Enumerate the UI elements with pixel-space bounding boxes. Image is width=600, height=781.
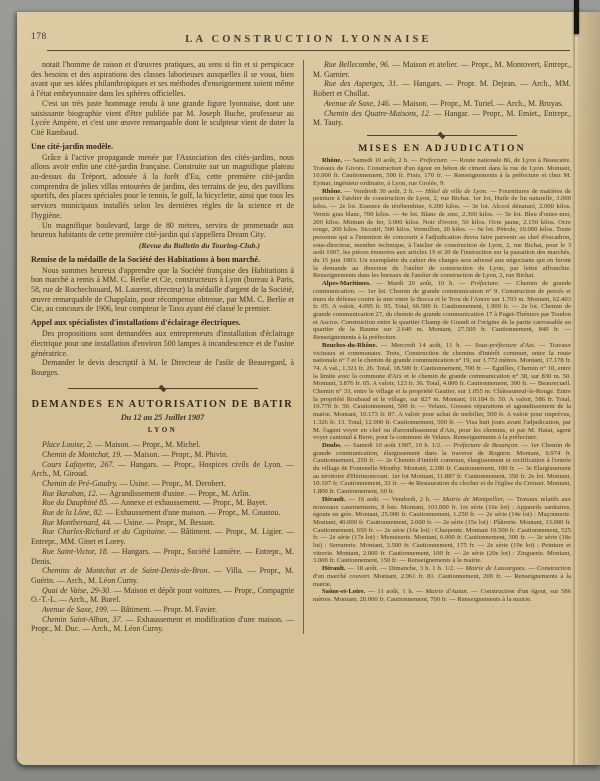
journal-page: 178 LA CONSTRUCTION LYONNAISE notait l'h…	[17, 12, 600, 765]
adjudication-notice: Saône-et-Loire. — 11 août, 1 h. — Mairie…	[313, 588, 571, 603]
permit-entry: Chemin Saint-Alban, 37. — Exhaussement e…	[31, 615, 294, 634]
section-paragraph: Des propositions sont demandées aux entr…	[31, 329, 294, 358]
section-paragraph: Nous sommes heureux d'apprendre que la S…	[31, 266, 294, 315]
notice-department: Rhône.	[322, 188, 342, 195]
permit-details: — Maison. — Propr., M. Turiel. — Arch., …	[391, 99, 564, 108]
permit-details: — Agrandissement d'usine. — Propr., M. A…	[98, 489, 251, 498]
journal-title: LA CONSTRUCTION LYONNAISE	[17, 34, 600, 45]
notice-date-time: — 18 août. — Dimanche, 3 h. 1 h. 1/2. —	[346, 565, 466, 572]
permit-entry-list: Place Louise, 2. — Maison. — Propr., M. …	[31, 440, 294, 634]
notice-details: — Travaux relatifs aux nouveaux casernem…	[313, 496, 571, 565]
adjudication-notice: Alpes-Maritimes. — Mardi 20 août, 10 h. …	[313, 280, 571, 342]
notice-details: — Travaux vicinaux et communaux. Trets, …	[313, 342, 571, 441]
permit-address: Avenue de Saxe, 199.	[42, 605, 109, 614]
adjudication-notice: Rhône. — Vendredi 30 août, 2 h. — Hôtel …	[313, 188, 571, 280]
notice-venue: Préfecture de Besançon.	[453, 442, 519, 449]
permit-details: — Exhaussement d'une maison. — Propr., M…	[103, 508, 280, 517]
notice-venue: Hôtel de ville de Lyon.	[425, 188, 487, 195]
permit-entry: Rue de la Lône, 82. — Exhaussement d'une…	[31, 508, 294, 518]
permit-entry: Rue Baraban, 12. — Agrandissement d'usin…	[31, 489, 294, 499]
adjudication-notice: Doubs. — Samedi 10 août 1907, 10 h. 1/2.…	[313, 442, 571, 496]
adjudication-notice: Hérault. — 18 août. — Dimanche, 3 h. 1 h…	[313, 565, 571, 588]
notice-venue: Sous-préfecture d'Aix.	[475, 342, 535, 349]
permit-entry: Rue Bellecombe, 96. — Maison et atelier.…	[313, 60, 571, 79]
permit-entry: Chemin de Pré-Gaudry. — Usine. — Propr.,…	[31, 479, 294, 489]
notice-department: Alpes-Maritimes.	[322, 280, 371, 287]
permit-address: Chemin des Quatre-Maisons, 12.	[324, 109, 431, 118]
notice-venue: Préfecture.	[471, 280, 500, 287]
permits-date-range: Du 12 au 25 Juillet 1907	[31, 413, 294, 423]
section-title-appel: Appel aux spécialistes d'installations d…	[31, 318, 294, 328]
intro-paragraph: notait l'homme de raison et d'œuvres pra…	[31, 60, 294, 99]
permit-entry: Chemin des Quatre-Maisons, 12. — Hangar.…	[313, 109, 571, 128]
adjudication-notice: Bouches-du-Rhône. — Mercredi 14 août, 11…	[313, 342, 571, 442]
intro-paragraph: C'est un très juste hommage rendu à une …	[31, 99, 294, 138]
permit-entry: Rue Saint-Victor, 18. — Hangars. — Propr…	[31, 547, 294, 566]
permit-entry: Chemins de Montchat et de Saint-Denis-de…	[31, 566, 294, 585]
attribution-line: (Revue du Bulletin du Touring-Club.)	[31, 241, 294, 251]
permit-address: Chemin Saint-Alban, 37.	[42, 615, 123, 624]
permit-details: — Usine. — Propr., M. Derobert.	[118, 479, 226, 488]
permit-details: — Maison. — Propr., M. Michel.	[93, 440, 201, 449]
notice-date-time: — Samedi 10 août 1907, 10 h. 1/2. —	[342, 442, 454, 449]
permits-section-title: DEMANDES EN AUTORISATION DE BATIR	[31, 399, 294, 411]
permit-entry: Avenue de Saxe, 146. — Maison. — Propr.,…	[313, 99, 571, 109]
permit-address: Rue Saint-Victor, 18.	[42, 547, 109, 556]
permit-details: — Annexe et exhaussement. — Propr., M. B…	[109, 498, 267, 507]
notice-department: Saône-et-Loire.	[322, 588, 365, 595]
notice-department: Hérault.	[322, 565, 346, 572]
notice-date-time: — 16 août. — Vendredi, 2 h. —	[346, 496, 443, 503]
page-header: 178 LA CONSTRUCTION LYONNAISE	[17, 12, 600, 51]
notice-details: — Fournitures de matières de peinture à …	[313, 188, 571, 280]
section-paragraph: Un magnifique boulevard, large de 80 mèt…	[31, 221, 294, 240]
notice-department: Rhône,	[322, 157, 342, 164]
adjudication-notice-list: Rhône, — Samedi 10 août, 2 h. — Préfectu…	[313, 157, 571, 604]
notice-department: Bouches-du-Rhône.	[322, 342, 377, 349]
permit-entry: Rue des Asperges, 31. — Hangars. — Propr…	[313, 79, 571, 98]
section-title-medaille: Remise de la médaille de la Société des …	[31, 255, 294, 265]
notice-date-time: — Vendredi 30 août, 2 h. —	[342, 188, 425, 195]
permit-entry: Rue Montbernard, 44. — Usine. — Propr., …	[31, 518, 294, 528]
permits-city-heading: LYON	[31, 426, 294, 436]
permit-address: Chemins de Montchat et de Saint-Denis-de…	[42, 566, 209, 575]
diamond-ornament-icon	[438, 132, 446, 140]
permit-details: — Bâtiment. — Propr. M. Favier.	[109, 605, 217, 614]
permit-entry-list-continued: Rue Bellecombe, 96. — Maison et atelier.…	[313, 60, 571, 128]
permit-details: — Maison. — Propr., M. Phivin.	[122, 450, 228, 459]
section-title-cite-jardin: Une cité-jardin modèle.	[31, 142, 294, 152]
permit-entry: Quai de Vaise, 29-30. — Maison et dépôt …	[31, 586, 294, 605]
permit-address: Rue Charles-Richard et du Capitaine.	[42, 527, 166, 536]
permit-entry: Rue Charles-Richard et du Capitaine. — B…	[31, 527, 294, 546]
permit-address: Rue Montbernard, 44.	[42, 518, 112, 527]
permit-entry: Avenue de Saxe, 199. — Bâtiment. — Propr…	[31, 605, 294, 615]
diamond-ornament-icon	[158, 384, 166, 392]
permit-address: Rue Bellecombe, 96.	[324, 60, 390, 69]
scan-background: 178 LA CONSTRUCTION LYONNAISE notait l'h…	[0, 0, 600, 781]
permit-address: Chemin de Pré-Gaudry.	[42, 479, 118, 488]
permit-address: Chemin de Montchat, 19.	[42, 450, 122, 459]
notice-details: — Chemin de grande communication. — 1er …	[313, 280, 571, 341]
page-number: 178	[31, 32, 47, 42]
permit-address: Rue du Dauphiné 85.	[42, 498, 109, 507]
notice-details: — 1er Chemin de grande communication, él…	[313, 442, 571, 495]
header-rule	[47, 50, 570, 51]
permit-address: Place Louise, 2.	[42, 440, 93, 449]
notice-department: Doubs.	[322, 442, 342, 449]
adjudication-notice: Hérault. — 16 août. — Vendredi, 2 h. — M…	[313, 496, 571, 565]
notice-venue: Mairie de Lausargues.	[466, 565, 527, 572]
permit-entry: Place Louise, 2. — Maison. — Propr., M. …	[31, 440, 294, 450]
permit-address: Rue des Asperges, 31.	[324, 79, 398, 88]
section-paragraph: Demander le devis descriptif à M. le Dir…	[31, 358, 294, 377]
left-column: notait l'homme de raison et d'œuvres pra…	[31, 60, 303, 634]
section-divider-ornament	[68, 388, 258, 390]
two-column-layout: notait l'homme de raison et d'œuvres pra…	[17, 51, 600, 634]
permit-entry: Chemin de Montchat, 19. — Maison. — Prop…	[31, 450, 294, 460]
section-divider-ornament	[367, 135, 517, 137]
permit-entry: Rue du Dauphiné 85. — Annexe et exhausse…	[31, 498, 294, 508]
adjudication-notice: Rhône, — Samedi 10 août, 2 h. — Préfectu…	[313, 157, 571, 188]
permit-address: Rue Baraban, 12.	[42, 489, 98, 498]
notice-date-time: — Mercredi 14 août, 11 h. —	[377, 342, 475, 349]
section-paragraph: Grâce à l'active propagande menée par l'…	[31, 153, 294, 221]
right-column: Rue Bellecombe, 96. — Maison et atelier.…	[304, 60, 571, 634]
permit-entry: Cours Lafayette, 267. — Hangars. — Propr…	[31, 460, 294, 479]
notice-date-time: — Samedi 10 août, 2 h. —	[342, 157, 420, 164]
permit-address: Quai de Vaise, 29-30.	[42, 586, 111, 595]
notice-venue: Mairie d'Autun.	[426, 588, 469, 595]
notice-department: Hérault.	[322, 496, 346, 503]
notice-venue: Préfecture.	[420, 157, 449, 164]
notice-venue: Mairie de Montpellier,	[443, 496, 505, 503]
permit-details: — Usine. — Propr., M. Besson.	[112, 518, 215, 527]
adjudications-section-title: MISES EN ADJUDICATION	[313, 143, 571, 154]
permit-address: Rue de la Lône, 82.	[42, 508, 103, 517]
permit-address: Avenue de Saxe, 146.	[324, 99, 391, 108]
notice-date-time: — 11 août, 1 h. —	[365, 588, 425, 595]
notice-date-time: — Mardi 20 août, 10 h. —	[371, 280, 471, 287]
page-edge-shadow	[578, 12, 600, 765]
permit-address: Cours Lafayette, 267.	[42, 460, 114, 469]
